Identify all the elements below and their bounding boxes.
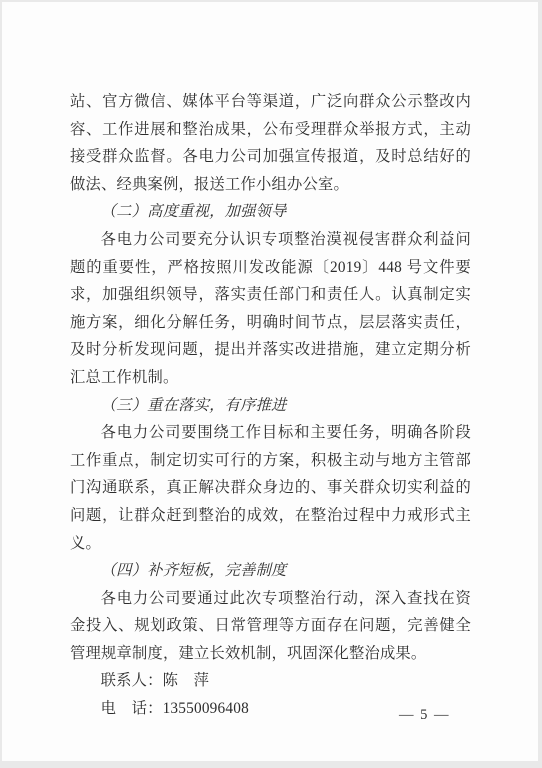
page-number: — 5 — [399, 707, 450, 724]
section-heading-4: （四）补齐短板，完善制度 [70, 557, 471, 585]
section-heading-3: （三）重在落实，有序推进 [70, 392, 471, 420]
body-paragraph: 各电力公司要通过此次专项整治行动，深入查找在资金投入、规划政策、日常管理等方面存… [70, 585, 471, 668]
scanned-document: { "document": { "blocks": [ { "type": "c… [0, 0, 542, 768]
text-content: 站、官方微信、媒体平台等渠道，广泛向群众公示整改内容、工作进展和整治成果，公布受… [70, 88, 471, 723]
body-paragraph: 各电力公司要充分认识专项整治漠视侵害群众利益问题的重要性，严格按照川发改能源〔2… [70, 226, 471, 392]
body-paragraph-continuation: 站、官方微信、媒体平台等渠道，广泛向群众公示整改内容、工作进展和整治成果，公布受… [70, 88, 471, 198]
document-page: 站、官方微信、媒体平台等渠道，广泛向群众公示整改内容、工作进展和整治成果，公布受… [2, 2, 538, 761]
body-paragraph: 各电力公司要围绕工作目标和主要任务，明确各阶段工作重点，制定切实可行的方案，积极… [70, 419, 471, 557]
contact-person-line: 联系人：陈 萍 [70, 667, 471, 695]
section-heading-2: （二）高度重视，加强领导 [70, 198, 471, 226]
